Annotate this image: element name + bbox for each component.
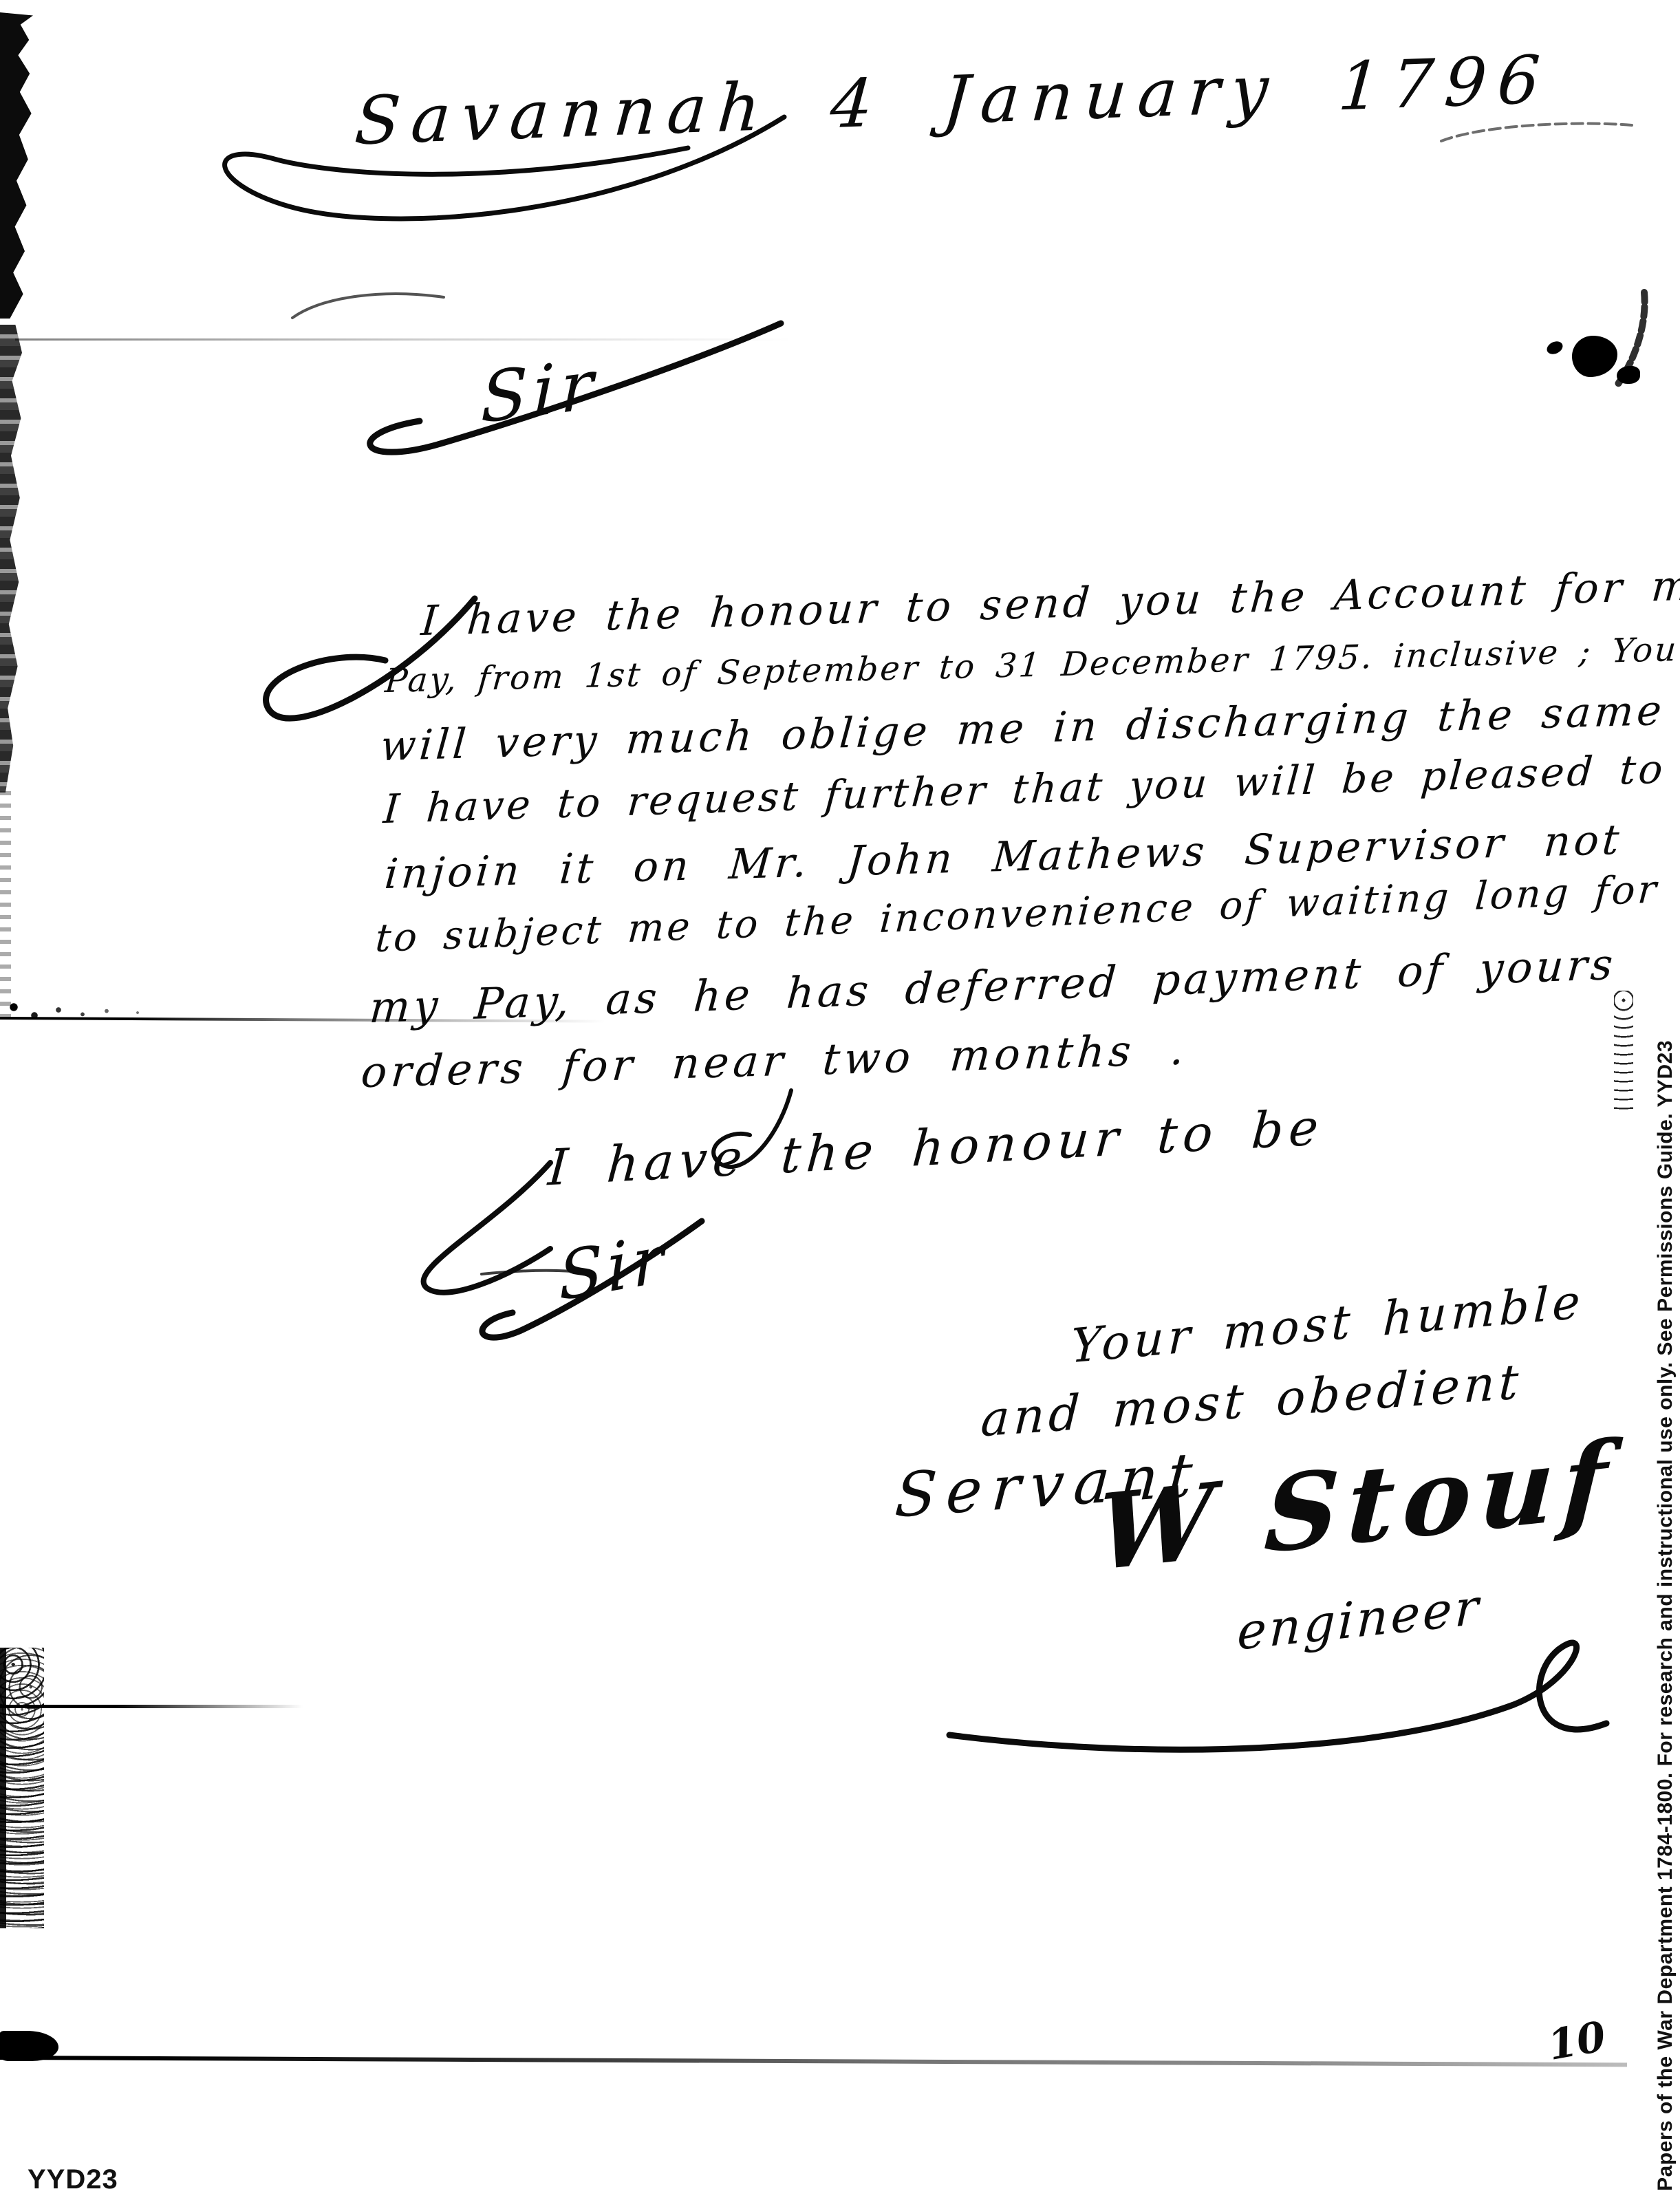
ink-blot xyxy=(1545,339,1565,357)
valediction-line: and most obedient xyxy=(980,1353,1524,1448)
body-line: I have the honour to send you the Accoun… xyxy=(420,561,1680,645)
page-number: 10 xyxy=(1544,2013,1609,2070)
scan-artifact-fold-crease xyxy=(15,338,793,341)
ink-blot xyxy=(1617,366,1640,384)
closing-line: I have the honour to be xyxy=(546,1098,1326,1196)
letter-scan-page: Savannah 4 January 1796 Sir I have the h… xyxy=(0,0,1680,2198)
signature-title: engineer xyxy=(1236,1577,1482,1661)
ink-blot xyxy=(1572,336,1617,377)
pen-flourish-strokes xyxy=(0,0,1680,2198)
body-line: orders for near two months . xyxy=(359,1024,1189,1097)
scan-artifact-left-edge-band xyxy=(0,325,22,793)
dateline: Savannah 4 January 1796 xyxy=(352,41,1553,160)
scan-artifact-left-edge-specks xyxy=(0,1648,44,1928)
document-code: YYD23 xyxy=(28,2164,118,2195)
salutation: Sir xyxy=(480,343,599,439)
scan-artifact-right-edge-specks xyxy=(1614,991,1633,1111)
scan-artifact-left-edge-band xyxy=(0,12,33,319)
scan-artifact-fold-crease xyxy=(0,1705,303,1708)
scan-artifact-fold-specks xyxy=(0,982,172,1037)
scan-artifact-bottom-crease xyxy=(0,2056,1627,2067)
closing-salutation: Sir xyxy=(557,1219,669,1316)
archive-vertical-caption: Papers of the War Department 1784-1800. … xyxy=(1654,1040,1677,2191)
